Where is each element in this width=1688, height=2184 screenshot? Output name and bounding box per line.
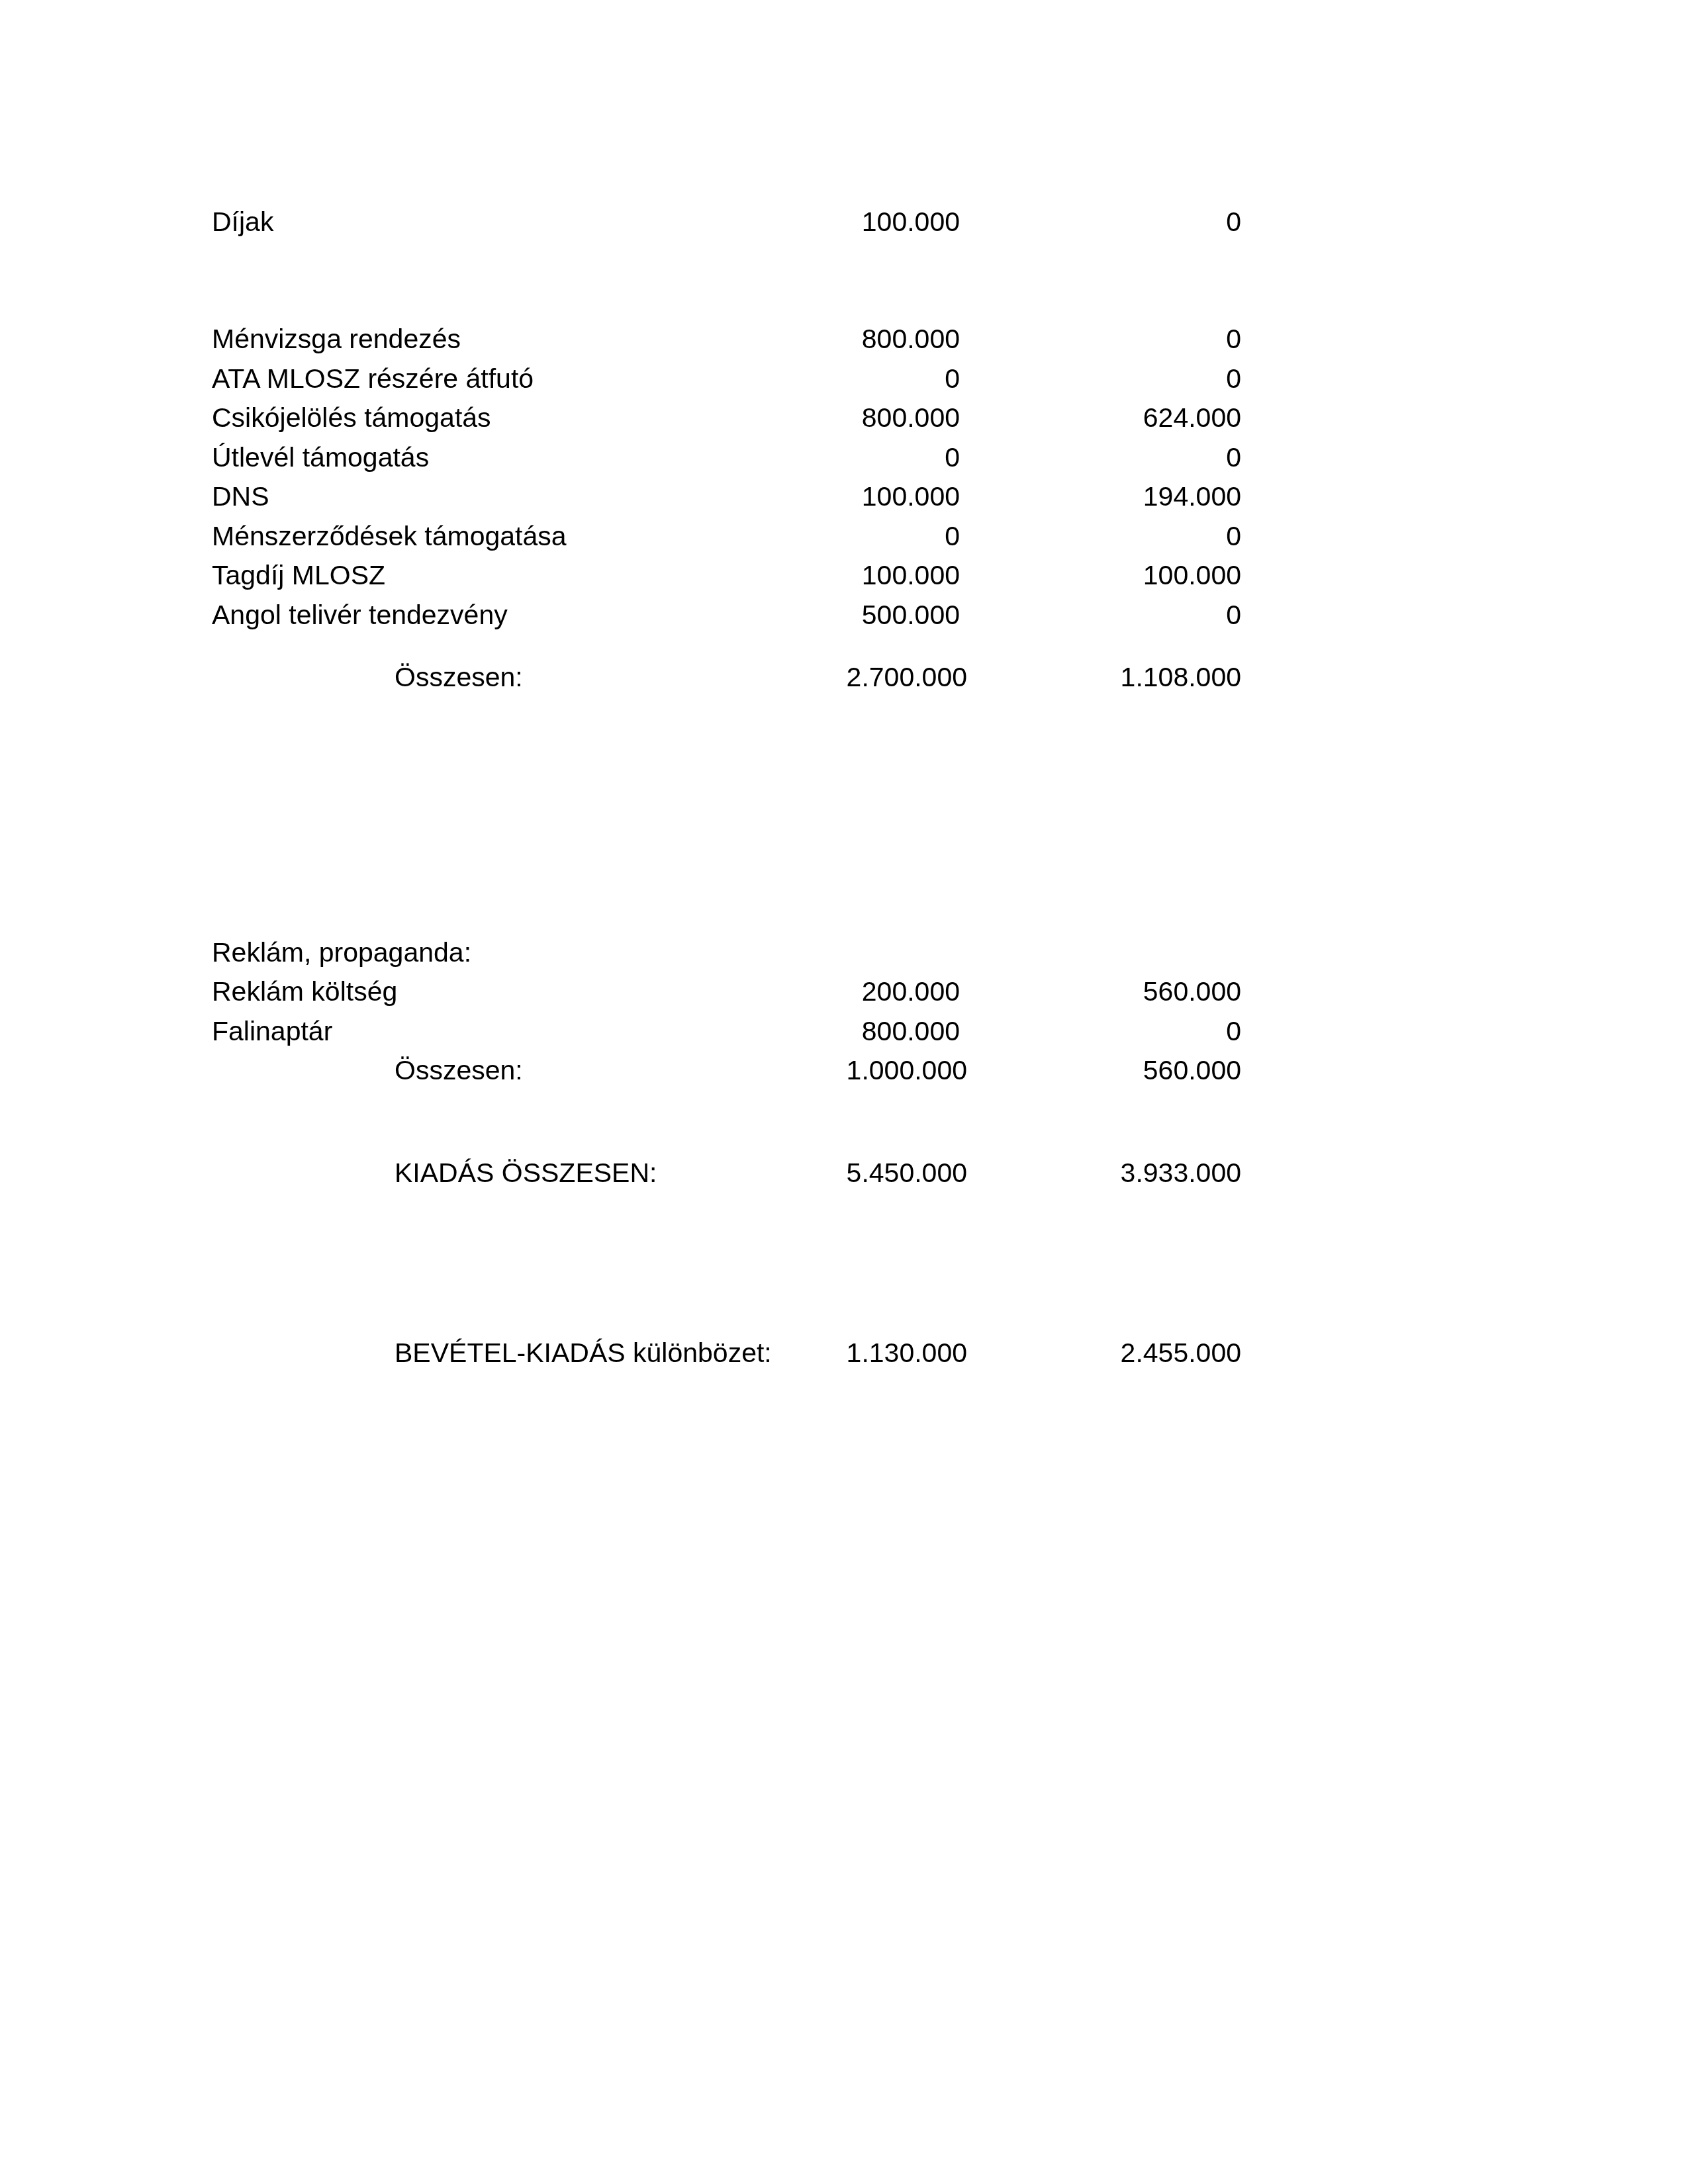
- row-value-actual: 100.000: [1143, 555, 1241, 595]
- row-value-actual: 624.000: [1143, 398, 1241, 437]
- table-row: Csikójelölés támogatás 800.000 624.000: [0, 398, 1688, 437]
- row-value-actual: 560.000: [1143, 972, 1241, 1011]
- subtotal-actual: 560.000: [1143, 1050, 1241, 1090]
- row-value-actual: 0: [1226, 595, 1241, 635]
- table-row: Tagdíj MLOSZ 100.000 100.000: [0, 555, 1688, 595]
- difference-label: BEVÉTEL-KIADÁS különbözet:: [395, 1333, 772, 1373]
- row-label: Díjak: [212, 202, 273, 242]
- table-row: Angol telivér tendezvény 500.000 0: [0, 595, 1688, 635]
- row-value-actual: 0: [1226, 516, 1241, 556]
- subtotal-plan: 1.000.000: [847, 1050, 967, 1090]
- difference-row: BEVÉTEL-KIADÁS különbözet: 1.130.000 2.4…: [0, 1333, 1688, 1373]
- table-row: Ménvizsga rendezés 800.000 0: [0, 319, 1688, 359]
- row-value-actual: 0: [1226, 437, 1241, 477]
- subtotal-plan: 2.700.000: [847, 657, 967, 697]
- row-label: ATA MLOSZ részére átfutó: [212, 359, 534, 398]
- row-label: Ménvizsga rendezés: [212, 319, 461, 359]
- row-label: DNS: [212, 477, 269, 516]
- subtotal-label: Összesen:: [395, 1050, 523, 1090]
- row-label: Ménszerződések támogatása: [212, 516, 567, 556]
- table-row: Falinaptár 800.000 0: [0, 1011, 1688, 1051]
- row-value-plan: 100.000: [862, 202, 960, 242]
- row-label: Falinaptár: [212, 1011, 332, 1051]
- row-label: Angol telivér tendezvény: [212, 595, 508, 635]
- expense-total-row: KIADÁS ÖSSZESEN: 5.450.000 3.933.000: [0, 1153, 1688, 1193]
- row-value-actual: 194.000: [1143, 477, 1241, 516]
- row-value-plan: 200.000: [862, 972, 960, 1011]
- row-value-plan: 500.000: [862, 595, 960, 635]
- row-value-plan: 0: [945, 359, 960, 398]
- table-row: Útlevél támogatás 0 0: [0, 437, 1688, 477]
- row-value-plan: 100.000: [862, 555, 960, 595]
- row-value-plan: 800.000: [862, 1011, 960, 1051]
- row-value-actual: 0: [1226, 202, 1241, 242]
- subtotal-row: Összesen: 2.700.000 1.108.000: [0, 657, 1688, 697]
- table-row: ATA MLOSZ részére átfutó 0 0: [0, 359, 1688, 398]
- expense-total-label: KIADÁS ÖSSZESEN:: [395, 1153, 657, 1193]
- table-row: Reklám költség 200.000 560.000: [0, 972, 1688, 1011]
- row-label: Csikójelölés támogatás: [212, 398, 491, 437]
- table-row: DNS 100.000 194.000: [0, 477, 1688, 516]
- row-value-actual: 0: [1226, 1011, 1241, 1051]
- row-value-actual: 0: [1226, 319, 1241, 359]
- row-value-plan: 0: [945, 516, 960, 556]
- row-dijak: Díjak 100.000 0: [0, 202, 1688, 242]
- row-label: Tagdíj MLOSZ: [212, 555, 385, 595]
- row-label: Útlevél támogatás: [212, 437, 429, 477]
- expense-total-plan: 5.450.000: [847, 1153, 967, 1193]
- row-value-plan: 0: [945, 437, 960, 477]
- section-heading: Reklám, propaganda:: [212, 933, 471, 972]
- row-value-actual: 0: [1226, 359, 1241, 398]
- table-row: Ménszerződések támogatása 0 0: [0, 516, 1688, 556]
- row-value-plan: 100.000: [862, 477, 960, 516]
- subtotal-label: Összesen:: [395, 657, 523, 697]
- difference-actual: 2.455.000: [1121, 1333, 1241, 1373]
- row-label: Reklám költség: [212, 972, 397, 1011]
- difference-plan: 1.130.000: [847, 1333, 967, 1373]
- subtotal-row: Összesen: 1.000.000 560.000: [0, 1050, 1688, 1090]
- section-heading-reklam: Reklám, propaganda:: [0, 933, 1688, 972]
- row-value-plan: 800.000: [862, 319, 960, 359]
- subtotal-actual: 1.108.000: [1121, 657, 1241, 697]
- expense-total-actual: 3.933.000: [1121, 1153, 1241, 1193]
- row-value-plan: 800.000: [862, 398, 960, 437]
